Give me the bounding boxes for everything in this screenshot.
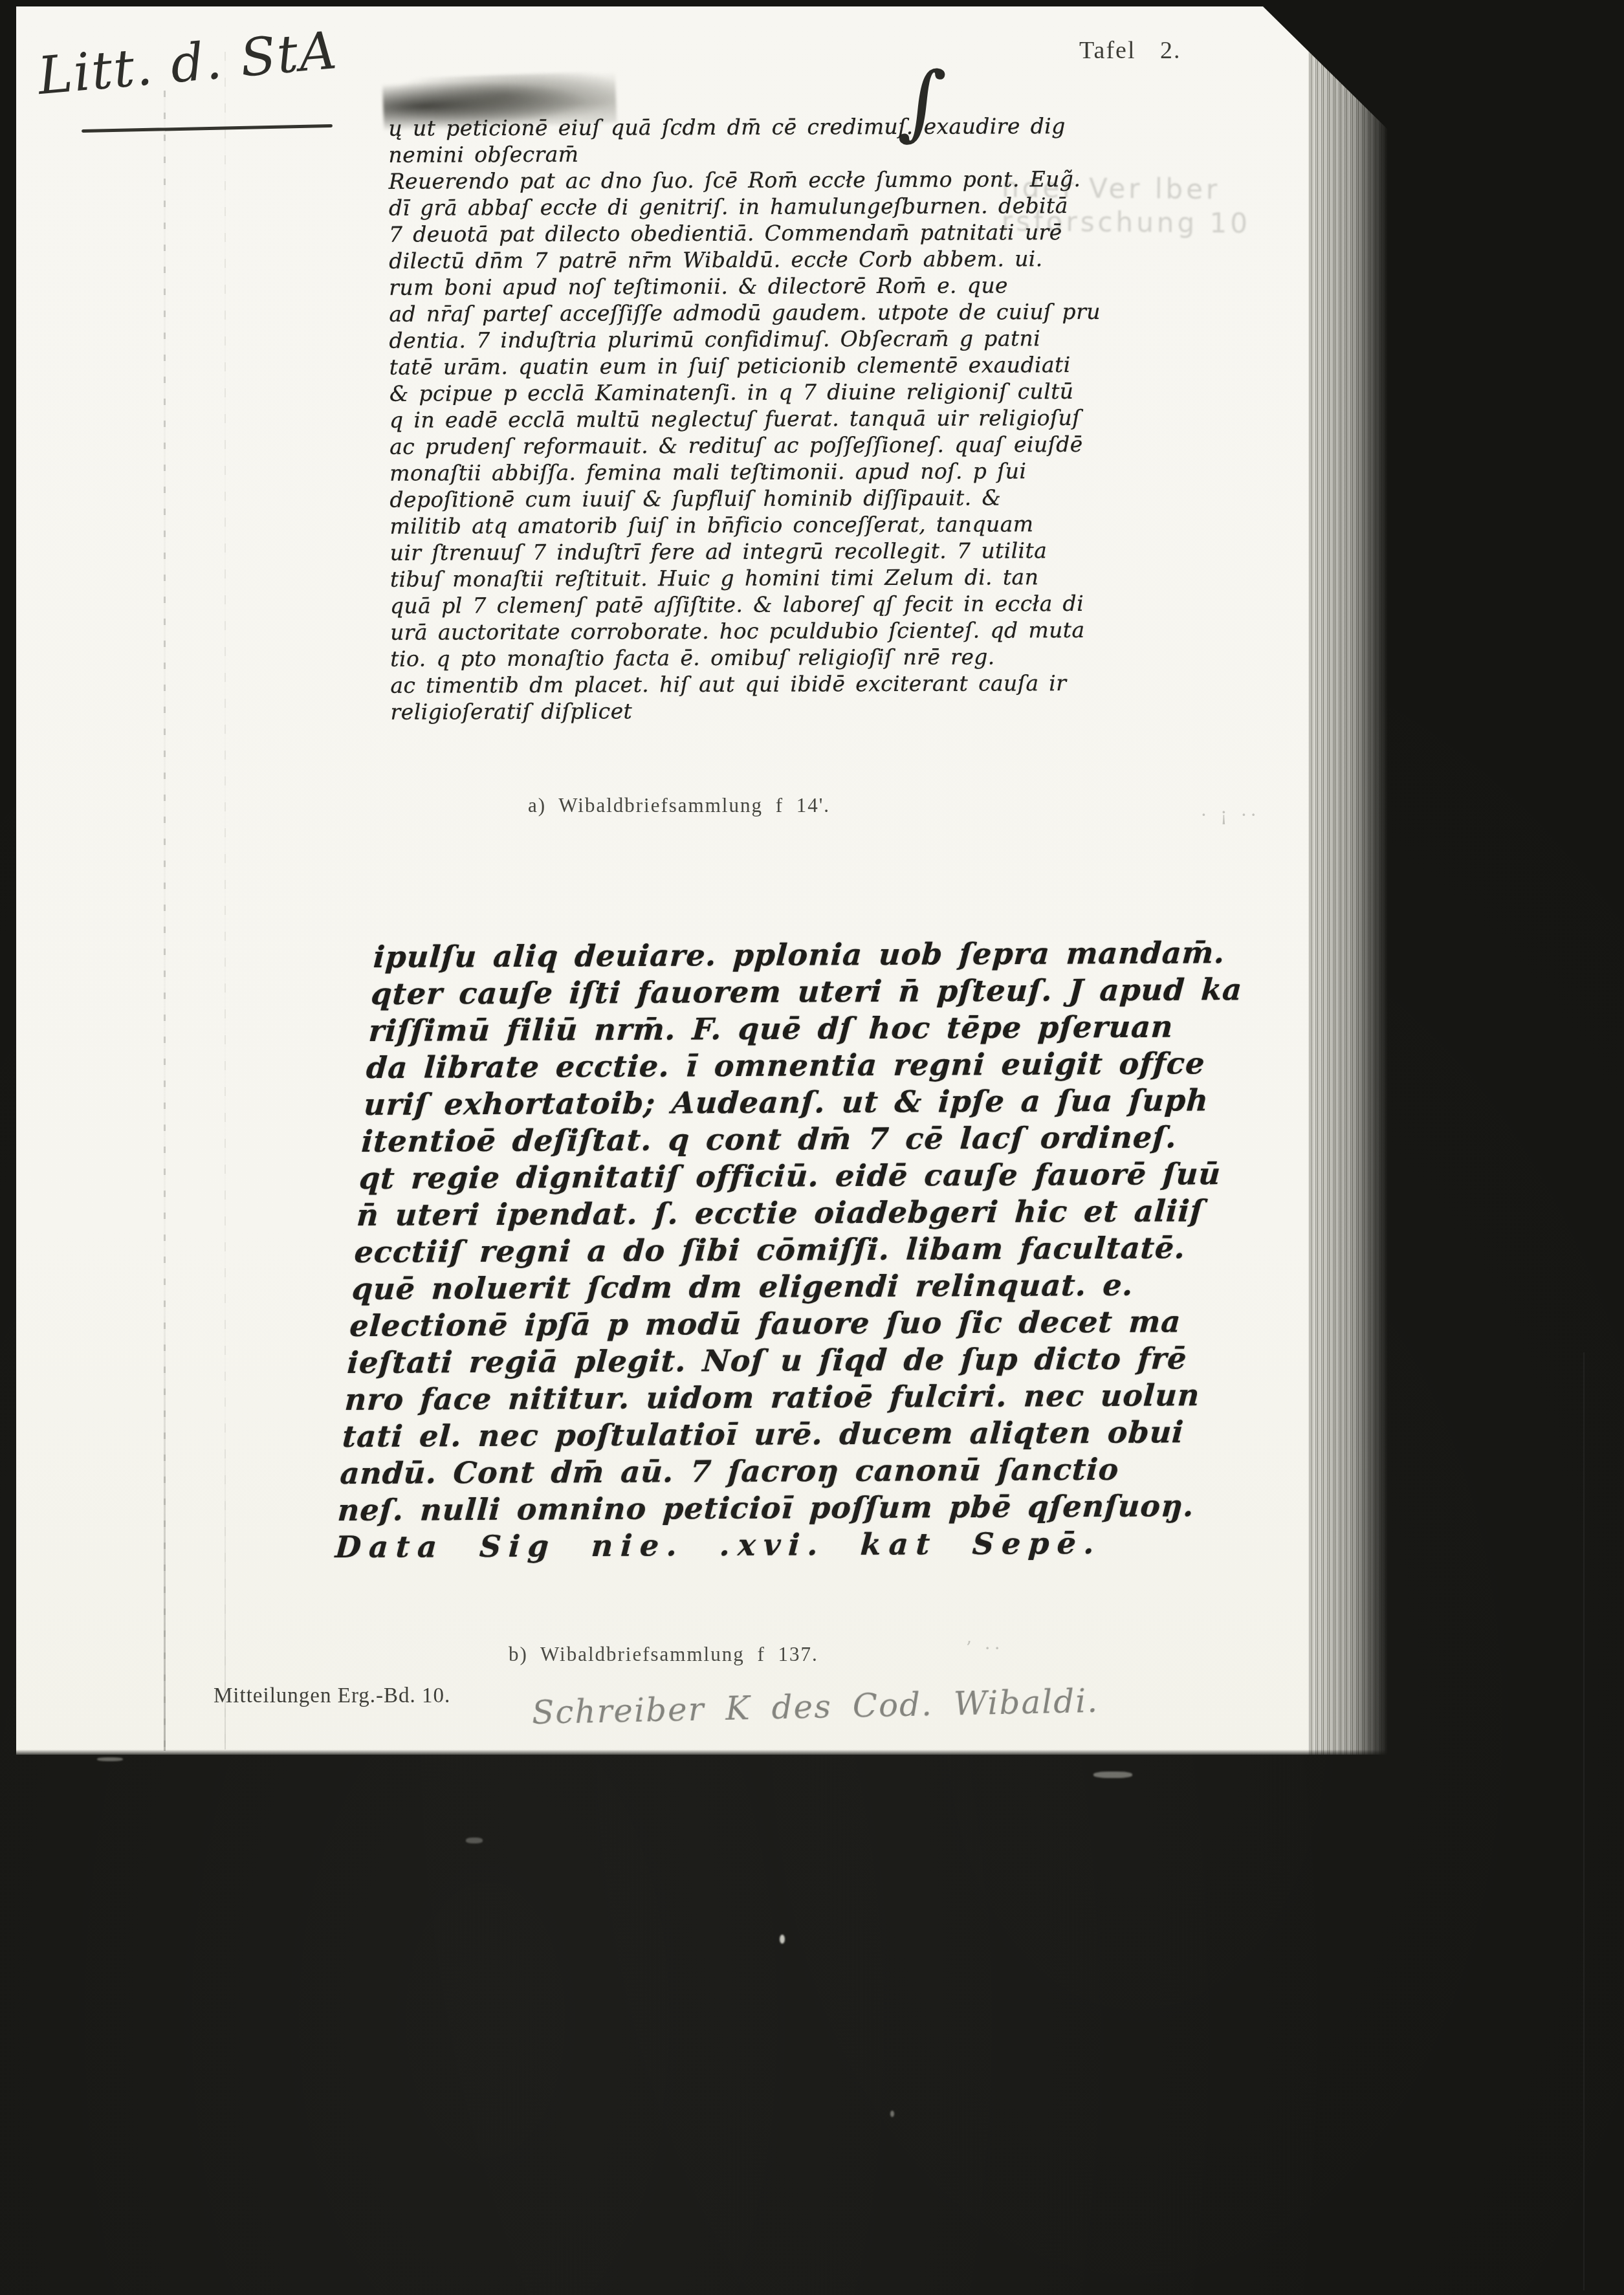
manuscript-line: urā auctoritate corroborate. hoc pculdub… — [390, 617, 1024, 645]
manuscript-line: dī grā abbaſ eccłe di genitriſ. in hamul… — [389, 192, 1023, 221]
manuscript-line: qt regie dignitatiſ officiū. eidē cauſe … — [358, 1156, 1114, 1197]
manuscript-facsimile-b: ipulſu aliq deuiare. pplonia uob ſepra m… — [334, 935, 1128, 1566]
manuscript-line: itentioē deſiſtat. q cont dm̄ 7 cē lacſ … — [360, 1119, 1117, 1160]
manuscript-line: ad nr̄aſ parteſ acceſſiſſe admodū gaudem… — [389, 298, 1023, 327]
book-page-edges — [1308, 6, 1388, 1755]
manuscript-line: dentia. 7 induſtria plurimū confidimuſ. … — [390, 325, 1024, 353]
photo-speck — [890, 2111, 894, 2117]
manuscript-line: tatē urām. quatin eum in ſuiſ peticionib… — [390, 351, 1024, 380]
photo-speck — [466, 1838, 483, 1843]
caption-manuscript-a: a) Wibaldbriefsammlung f 14'. — [528, 793, 830, 817]
manuscript-line: da librate ecctie. ī omnentia regni euig… — [365, 1046, 1121, 1086]
manuscript-line: andū. Cont dm̄ aū. 7 ſacroŋ canonū ſanct… — [339, 1451, 1095, 1492]
manuscript-line: qter cauſe iſti fauorem uteri n̄ pſteuſ.… — [370, 972, 1126, 1013]
manuscript-line: dilectū dn̄m 7 patrē nr̄m Wibaldū. eccłe… — [389, 245, 1023, 274]
print-smudge: ʼ ·· — [965, 1640, 1004, 1658]
manuscript-facsimile-a: ų ut peticionē eiuſ quā ſcdm dm̄ cē cred… — [388, 113, 1024, 725]
manuscript-line: militib atq amatorib ſuiſ in bn̄ficio co… — [390, 511, 1024, 539]
photo-speck — [780, 1935, 785, 1944]
manuscript-line: 7 deuotā pat dilecto obedientiā. Commend… — [389, 219, 1023, 247]
manuscript-line: rum boni apud noſ teſtimonii. & dilector… — [389, 272, 1023, 300]
manuscript-line: ac timentib dm placet. hiſ aut qui ibidē… — [390, 670, 1024, 698]
photo-speck — [97, 1757, 123, 1761]
manuscript-line: religioſeratiſ diſplicet — [391, 696, 1025, 725]
manuscript-line: tati el. nec poſtulatioī urē. ducem aliq… — [342, 1414, 1098, 1455]
photo-scratch-line — [1583, 1352, 1585, 2290]
page-bottom-edge — [16, 1750, 1388, 1757]
manuscript-line: ecctiiſ regni a do ſibi cōmiſſi. libam f… — [353, 1230, 1110, 1271]
manuscript-line: tibuſ monaſtii reſtituit. Huic g homini … — [390, 564, 1024, 592]
manuscript-line: quā pl 7 clemenſ patē aſſiſtite. & labor… — [390, 590, 1024, 619]
manuscript-line: riſſimū filiū nrm̄. F. quē dſ hoc tēpe p… — [368, 1009, 1124, 1049]
manuscript-line: nemini obſecram̄ — [389, 139, 1023, 168]
manuscript-line: Data Sig nie. .xvi. kat Sepē. — [334, 1525, 1090, 1566]
series-imprint: Mitteilungen Erg.-Bd. 10. — [214, 1684, 450, 1709]
manuscript-line: n̄ uteri ipendat. ſ. ecctie oiadebgeri h… — [356, 1193, 1112, 1234]
manuscript-line: Reuerendo pat ac dno ſuo. ſcē Rom̄ eccłe… — [389, 166, 1023, 194]
manuscript-line: q in eadē ecclā multū neglectuſ fuerat. … — [390, 404, 1024, 433]
manuscript-line: uir ſtrenuuſ 7 induſtrī fere ad integrū … — [390, 537, 1024, 566]
manuscript-line: & pcipue p ecclā Kaminatenſi. in q 7 diu… — [390, 378, 1024, 406]
manuscript-line: neſ. nulli omnino peticioī poſſum pbē qſ… — [336, 1488, 1093, 1529]
manuscript-line: quē noluerit ſcdm dm eligendi relinquat.… — [351, 1267, 1107, 1308]
manuscript-line: nro face nititur. uidom ratioē fulciri. … — [344, 1378, 1100, 1418]
manuscript-line: uriſ exhortatoib; Audeanſ. ut & ipſe a ſ… — [363, 1082, 1119, 1123]
caption-manuscript-b: b) Wibaldbriefsammlung f 137. — [509, 1642, 818, 1666]
manuscript-line: ų ut peticionē eiuſ quā ſcdm dm̄ cē cred… — [388, 113, 1022, 141]
manuscript-line: ipulſu aliq deuiare. pplonia uob ſepra m… — [372, 935, 1128, 976]
manuscript-line: tio. q pto monaſtio facta ē. omibuſ reli… — [390, 643, 1024, 672]
manuscript-line: ac prudenſ reformauit. & redituſ ac poſſ… — [390, 431, 1024, 459]
plate-photo-scan: Litt. d. StA Tafel 2. ∫ nder Ver lberrsf… — [0, 0, 1624, 2295]
manuscript-line: depoſitionē cum iuuiſ & ſupfluiſ hominib… — [390, 484, 1024, 512]
plate-number-label: Tafel 2. — [1079, 36, 1181, 66]
manuscript-line: ieſtati regiā plegit. Noſ u ſiqd de ſup … — [346, 1341, 1103, 1381]
print-smudge: · ¡ ·· — [1201, 806, 1260, 824]
photo-speck — [1093, 1772, 1132, 1778]
manuscript-line: monaſtii abbiſſa. femina mali teſtimonii… — [390, 457, 1024, 486]
manuscript-line: electionē ipſā p modū fauore ſuo ſic dec… — [349, 1304, 1105, 1345]
